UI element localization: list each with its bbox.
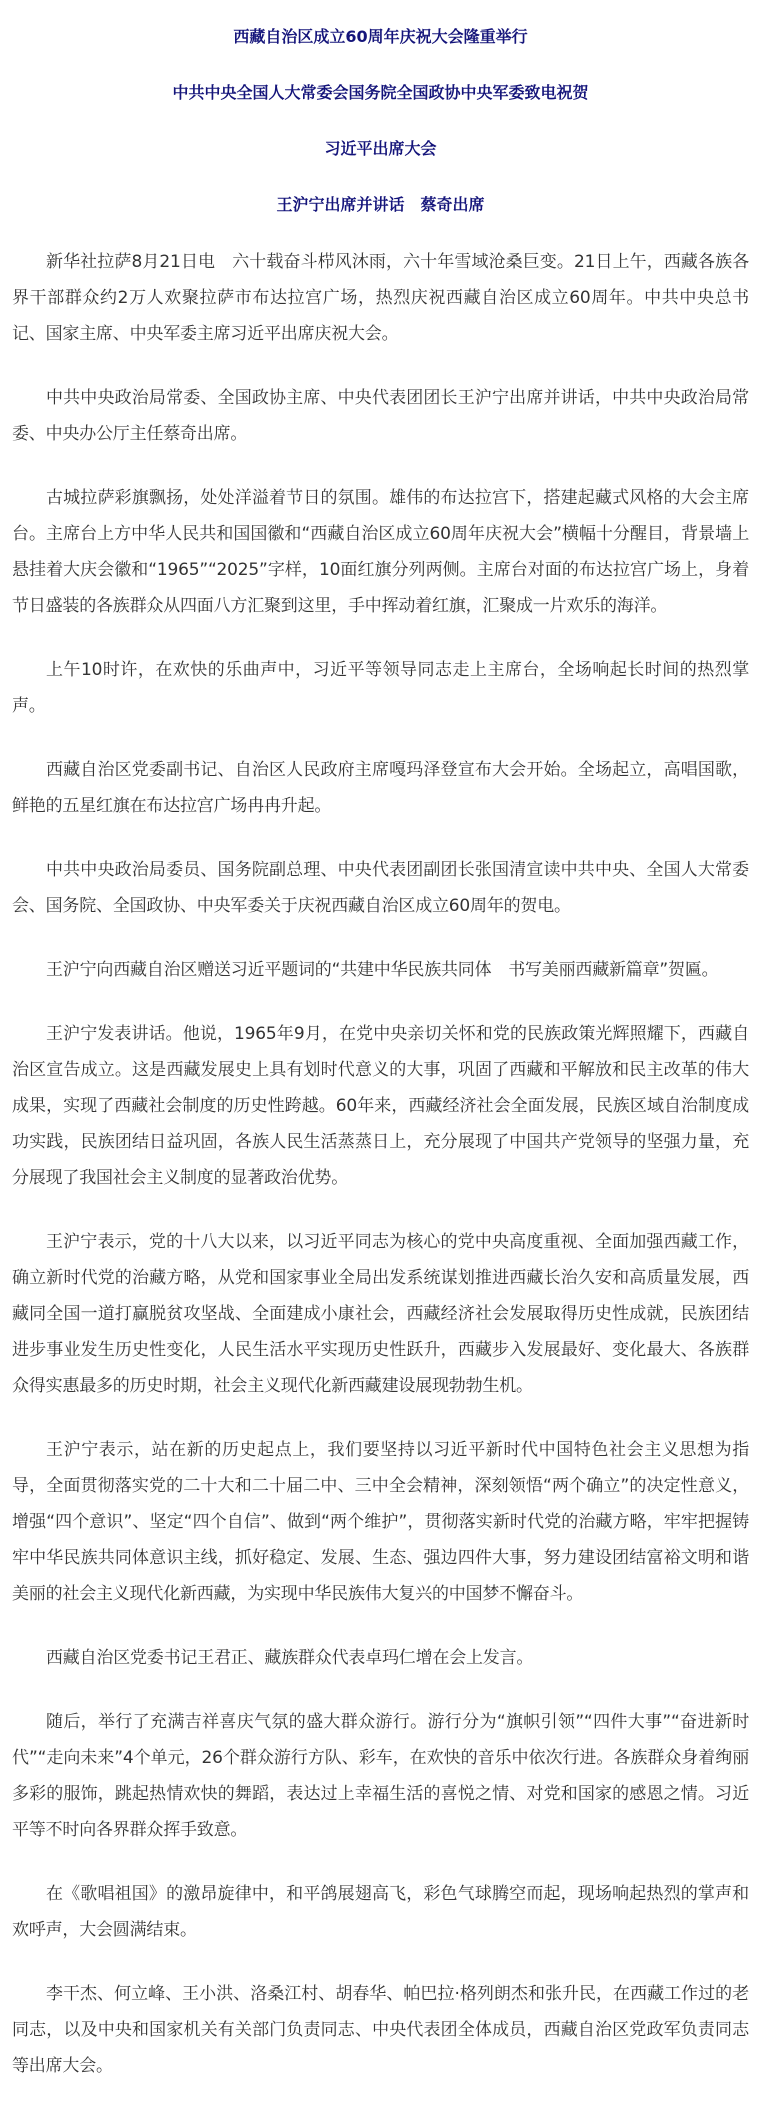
paragraph: 古城拉萨彩旗飘扬，处处洋溢着节日的氛围。雄伟的布达拉宫下，搭建起藏式风格的大会主… (12, 480, 749, 624)
paragraph: 王沪宁发表讲话。他说，1965年9月，在党中央亲切关怀和党的民族政策光辉照耀下，… (12, 1016, 749, 1196)
paragraph: 上午10时许，在欢快的乐曲声中，习近平等领导同志走上主席台，全场响起长时间的热烈… (12, 652, 749, 724)
headline-congratulations: 中共中央全国人大常委会国务院全国政协中央军委致电祝贺 (12, 78, 749, 108)
paragraph: 中共中央政治局委员、国务院副总理、中央代表团副团长张国清宣读中共中央、全国人大常… (12, 852, 749, 924)
paragraph: 中共中央政治局常委、全国政协主席、中央代表团团长王沪宁出席并讲话，中共中央政治局… (12, 380, 749, 452)
paragraph-dateline: 新华社拉萨8月21日电 六十载奋斗栉风沐雨，六十年雪域沧桑巨变。21日上午，西藏… (12, 244, 749, 352)
headline-wang-cai: 王沪宁出席并讲话 蔡奇出席 (12, 190, 749, 220)
paragraph-attendees: 李干杰、何立峰、王小洪、洛桑江村、胡春华、帕巴拉·格列朗杰和张升民，在西藏工作过… (12, 1976, 749, 2084)
article-body: 新华社拉萨8月21日电 六十载奋斗栉风沐雨，六十年雪域沧桑巨变。21日上午，西藏… (12, 244, 749, 2084)
headline-main-title: 西藏自治区成立60周年庆祝大会隆重举行 (12, 22, 749, 52)
headline-xi-attends: 习近平出席大会 (12, 134, 749, 164)
paragraph: 在《歌唱祖国》的激昂旋律中，和平鸽展翅高飞，彩色气球腾空而起，现场响起热烈的掌声… (12, 1876, 749, 1948)
paragraph: 西藏自治区党委副书记、自治区人民政府主席嘎玛泽登宣布大会开始。全场起立，高唱国歌… (12, 752, 749, 824)
paragraph: 王沪宁表示，党的十八大以来，以习近平同志为核心的党中央高度重视、全面加强西藏工作… (12, 1224, 749, 1404)
paragraph: 王沪宁向西藏自治区赠送习近平题词的“共建中华民族共同体 书写美丽西藏新篇章”贺匾… (12, 952, 749, 988)
paragraph: 西藏自治区党委书记王君正、藏族群众代表卓玛仁增在会上发言。 (12, 1640, 749, 1676)
headline-block: 西藏自治区成立60周年庆祝大会隆重举行 中共中央全国人大常委会国务院全国政协中央… (12, 0, 749, 220)
news-article: 西藏自治区成立60周年庆祝大会隆重举行 中共中央全国人大常委会国务院全国政协中央… (0, 0, 761, 2084)
paragraph: 随后，举行了充满吉祥喜庆气氛的盛大群众游行。游行分为“旗帜引领”“四件大事”“奋… (12, 1704, 749, 1848)
paragraph: 王沪宁表示，站在新的历史起点上，我们要坚持以习近平新时代中国特色社会主义思想为指… (12, 1432, 749, 1612)
